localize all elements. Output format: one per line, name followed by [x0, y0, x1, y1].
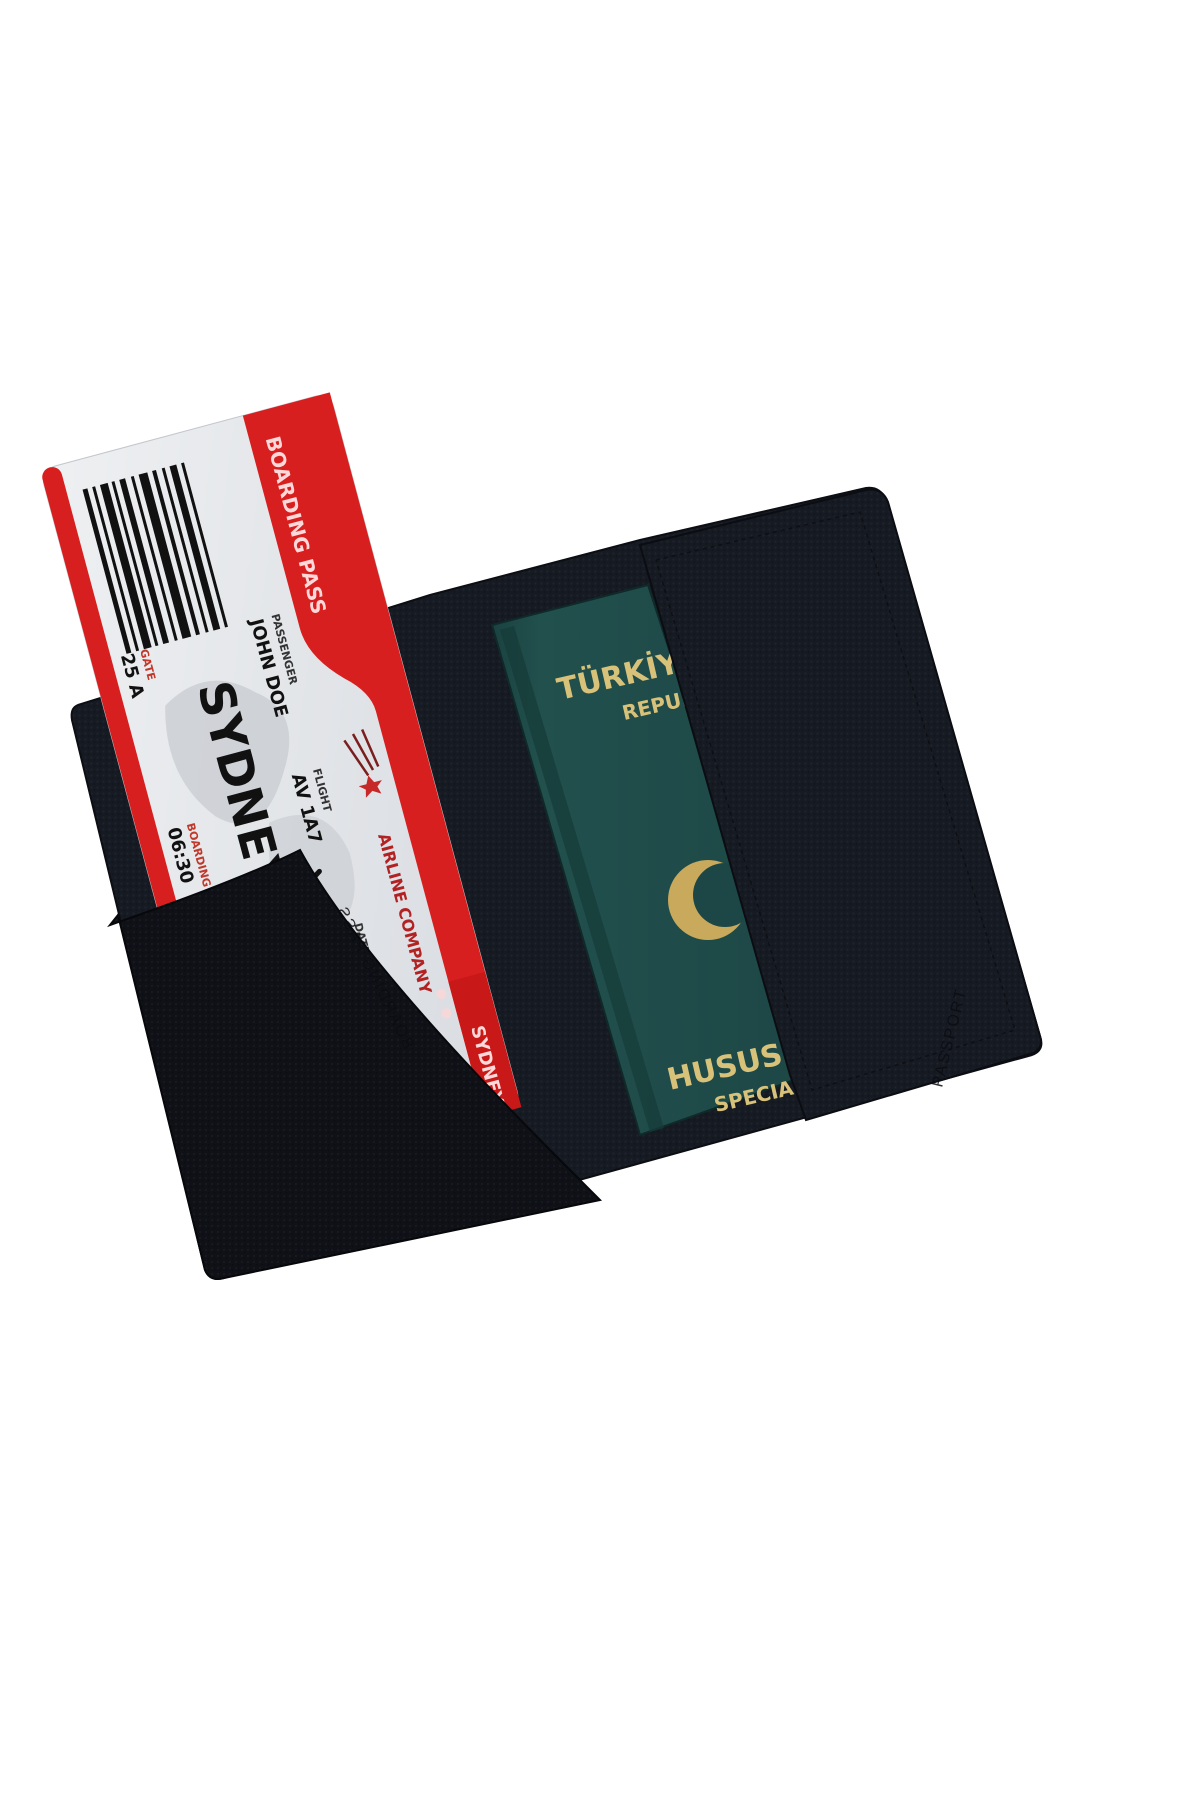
product-photo: TÜRKİYE REPUBL HUSUS SPECIA PASSPORT [0, 0, 1200, 1800]
passport-wallet-illustration: TÜRKİYE REPUBL HUSUS SPECIA PASSPORT [0, 0, 1200, 1800]
